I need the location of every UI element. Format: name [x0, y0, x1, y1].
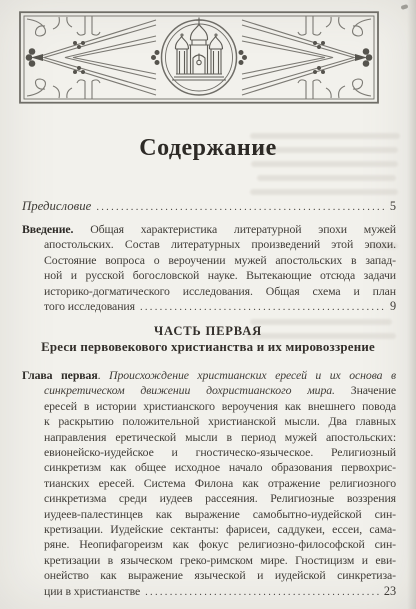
entry-head: Введение. [22, 222, 73, 236]
toc-line: к раскрытию положительной христианской м… [44, 414, 396, 429]
toc-line: евионейско-иудейское и гностическо-языче… [44, 445, 396, 460]
toc-line: тианских ересей. Система Филона как отра… [44, 476, 396, 491]
toc-line: ной и русской богословской науке. Вытека… [44, 268, 396, 283]
toc-line: кретизации. Иудейские сектанты: фарисеи,… [44, 522, 396, 537]
toc-line: ции в христианстве .....................… [44, 584, 396, 600]
page-number: 9 [390, 299, 396, 314]
book-page: Содержание Предисловие .................… [0, 0, 416, 609]
page-edge-shadow [407, 0, 416, 609]
preface-label: Предисловие [22, 199, 91, 214]
part-one-kicker: ЧАСТЬ ПЕРВАЯ [0, 324, 416, 339]
toc-line: ряне. Неопифагореизм как фокус религиозн… [44, 537, 396, 552]
church-domes-icon [162, 18, 237, 96]
toc-line: синкретизм как общее исходное начало обр… [44, 460, 396, 475]
toc-entry-chapter-one: Глава первая. Происхождение христианских… [22, 368, 396, 600]
bleedthrough-ghost-line [257, 175, 396, 181]
toc-line: направления еретической мысли в период м… [44, 430, 396, 445]
entry-head: Глава первая [22, 368, 98, 382]
toc-entry-preface: Предисловие ............................… [22, 199, 396, 214]
toc-line: Состояние вопроса о вероучении мужей апо… [44, 253, 396, 268]
toc-line: синкретизма среди иудеев рассеяния. Рели… [44, 491, 396, 506]
toc-line: синкретическом движении дохристианского … [44, 383, 396, 398]
page-number: 5 [390, 199, 396, 214]
toc-line: историко-догматического исследования. Об… [44, 284, 396, 299]
toc-line: Введение. Общая характеристика литератур… [22, 222, 396, 237]
toc-line: ересей в истории христианского вероучени… [44, 399, 396, 414]
page-title: Содержание [0, 135, 416, 162]
bleedthrough-ghost-line [250, 189, 398, 195]
dot-leader: ........................................… [140, 300, 387, 315]
headpiece-ornament-icon [19, 11, 379, 104]
page-number: 23 [384, 584, 396, 599]
scan-speck [401, 4, 409, 10]
toc-line: апостольских. Состав литературных произв… [44, 237, 396, 252]
toc-line: онейство как выражение языческой и иудей… [44, 568, 396, 583]
toc-line: того исследования ......................… [44, 299, 396, 315]
toc-line: кретизации в языческом греко-римском мир… [44, 553, 396, 568]
part-one-title: Ереси первовекового христианства и их ми… [0, 340, 416, 355]
dot-leader: ........................................… [145, 585, 381, 600]
dot-leader: ........................................… [96, 202, 387, 213]
toc-line: иудеев-палестинцев как выражение самобыт… [44, 507, 396, 522]
toc-entry-introduction: Введение. Общая характеристика литератур… [22, 222, 396, 315]
toc-line: Глава первая. Происхождение христианских… [22, 368, 396, 383]
